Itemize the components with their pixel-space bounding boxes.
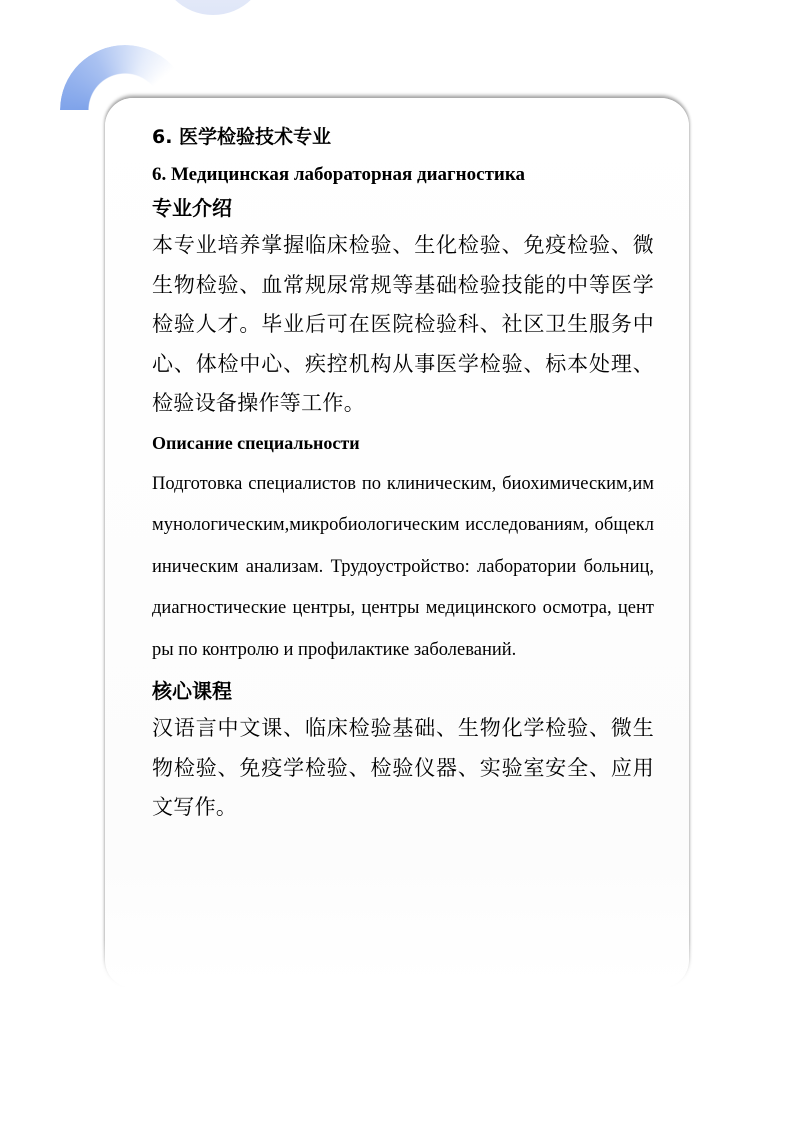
card-bottom-fade — [100, 940, 694, 1000]
major-title-ru: 6. Медицинская лабораторная диагностика — [152, 162, 654, 188]
major-section: 6. 医学检验技术专业 6. Медицинская лабораторная … — [152, 122, 654, 828]
decorative-circle-top — [158, 0, 268, 15]
courses-heading-cn: 核心课程 — [152, 675, 654, 707]
intro-text-cn: 本专业培养掌握临床检验、生化检验、免疫检验、微生物检验、血常规尿常规等基础检验技… — [152, 226, 654, 424]
intro-text-ru: Подготовка специалистов по клиническим, … — [152, 464, 654, 672]
courses-text-cn: 汉语言中文课、临床检验基础、生物化学检验、微生物检验、免疫学检验、检验仪器、实验… — [152, 709, 654, 828]
intro-heading-cn: 专业介绍 — [152, 192, 654, 224]
major-title-cn: 6. 医学检验技术专业 — [152, 122, 654, 152]
intro-heading-ru: Описание специальности — [152, 428, 654, 458]
